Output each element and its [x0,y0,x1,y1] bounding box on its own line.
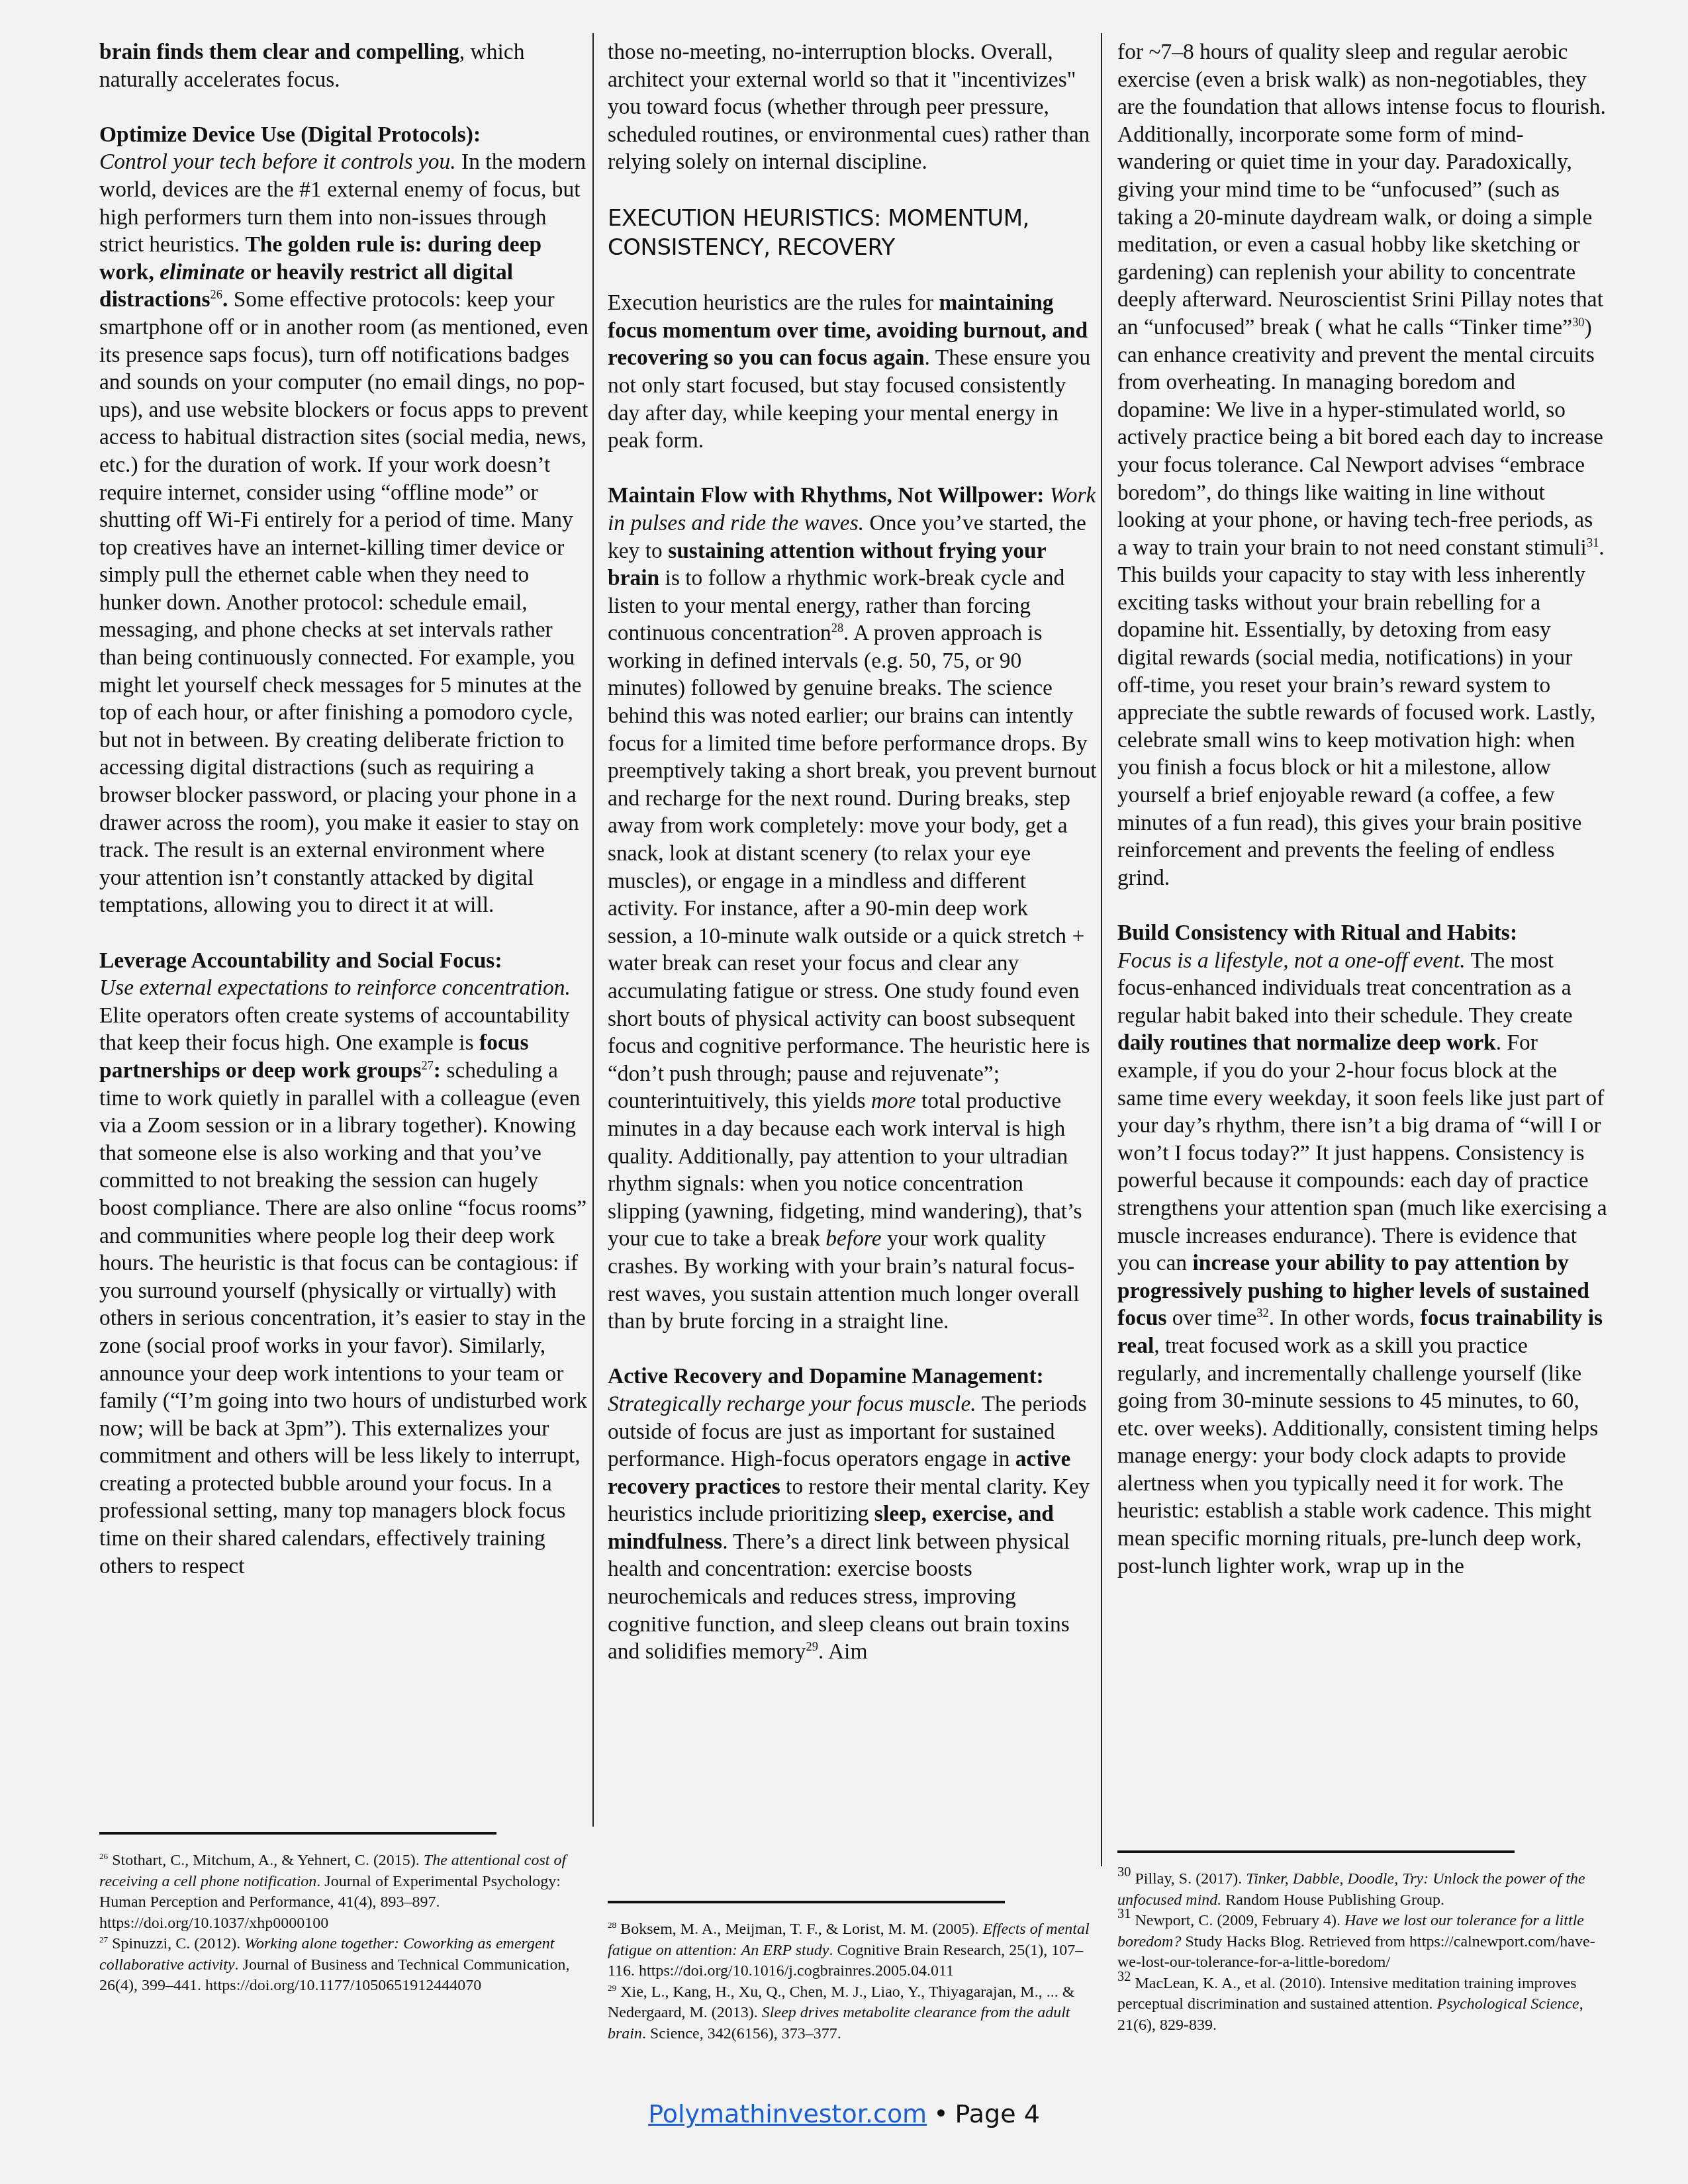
footnote-ref-27[interactable]: 27 [421,1059,433,1072]
section-lead: Active Recovery and Dopamine Management: [608,1364,1044,1388]
footer-separator: • [933,2099,948,2128]
section-lead: Leverage Accountability and Social Focus… [99,948,502,973]
body-text: over time [1166,1306,1256,1330]
bold-text: brain finds them clear and compelling [99,40,459,64]
footnote-separator [1117,1850,1515,1853]
section-tagline: Use external expectations to reinforce c… [99,976,571,1000]
footnote-number: 26 [99,1851,108,1861]
body-text: . Aim [818,1639,867,1664]
footnote-source: Random House Publishing Group. [1221,1891,1444,1909]
body-text: Execution heuristics are the rules for [608,291,939,315]
section-lead: Maintain Flow with Rhythms, Not Willpowe… [608,483,1044,508]
body-text: ) can enhance creativity and prevent the… [1117,315,1603,560]
footnote-ref-29[interactable]: 29 [806,1640,818,1653]
column-divider-2 [1101,33,1102,1866]
italic-text: more [871,1089,916,1113]
footnotes-column-3: 30 Pillay, S. (2017). Tinker, Dabble, Do… [1117,1850,1607,2036]
body-text: . For example, if you do your 2-hour foc… [1117,1030,1607,1275]
bold-text: : [434,1058,441,1083]
paragraph-continuation: brain finds them clear and compelling, w… [99,38,589,93]
footnote-number: 28 [608,1920,616,1930]
column-1: brain finds them clear and compelling, w… [99,38,589,1608]
footnote-29: 29 Xie, L., Kang, H., Xu, Q., Chen, M. J… [608,1982,1098,2045]
section-tagline: Strategically recharge your focus muscle… [608,1392,976,1416]
section-tagline: Focus is a lifestyle, not a one-off even… [1117,948,1466,973]
footnote-ref-31[interactable]: 31 [1587,536,1599,549]
section-active-recovery: Active Recovery and Dopamine Management:… [608,1363,1098,1666]
footnote-number: 27 [99,1934,108,1944]
section-tagline: Control your tech before it controls you… [99,150,456,174]
footnote-number: 31 [1117,1907,1131,1921]
footnote-authors: Stothart, C., Mitchum, A., & Yehnert, C.… [108,1852,424,1869]
footnote-number: 30 [1117,1865,1131,1880]
section-build-consistency: Build Consistency with Ritual and Habits… [1117,919,1607,1580]
section-leverage-accountability: Leverage Accountability and Social Focus… [99,947,589,1580]
footnote-number: 29 [608,1983,616,1993]
body-text: . This builds your capacity to stay with… [1117,535,1605,890]
page-number: Page 4 [955,2099,1040,2128]
footnote-source: Study Hacks Blog. Retrieved from https:/… [1117,1933,1595,1972]
column-divider-1 [592,33,594,1827]
site-link[interactable]: Polymathinvestor.com [648,2099,927,2128]
footnote-source: . Science, 342(6156), 373–377. [642,2025,841,2042]
body-text: . A proven approach is working in define… [608,621,1097,1113]
footnote-authors: Spinuzzi, C. (2012). [108,1935,244,1952]
footnote-authors: Pillay, S. (2017). [1131,1870,1246,1888]
paragraph-continuation: those no-meeting, no-interruption blocks… [608,38,1098,176]
footnote-31: 31 Newport, C. (2009, February 4). Have … [1117,1911,1607,1974]
column-3: for ~7–8 hours of quality sleep and regu… [1117,38,1607,1608]
footnote-separator [608,1901,1005,1903]
footnote-authors: Boksem, M. A., Meijman, T. F., & Lorist,… [616,1921,982,1938]
footnote-ref-26[interactable]: 26 [211,288,222,301]
footnote-28: 28 Boksem, M. A., Meijman, T. F., & Lori… [608,1919,1098,1982]
footnote-26: 26 Stothart, C., Mitchum, A., & Yehnert,… [99,1850,589,1934]
footnote-separator [99,1832,496,1835]
footnotes-column-2: 28 Boksem, M. A., Meijman, T. F., & Lori… [608,1901,1098,2044]
page-footer: Polymathinvestor.com•Page 4 [0,2099,1688,2128]
section-intro: Execution heuristics are the rules for m… [608,289,1098,455]
body-text: , treat focused work as a skill you prac… [1117,1334,1598,1578]
footnote-ref-32[interactable]: 32 [1256,1306,1268,1320]
body-text: Some effective protocols: keep your smar… [99,287,588,917]
body-text: . In other words, [1269,1306,1421,1330]
section-optimize-device-use: Optimize Device Use (Digital Protocols):… [99,121,589,919]
italic-text: before [825,1226,881,1251]
section-heading: EXECUTION HEURISTICS: MOMENTUM, CONSISTE… [608,204,1098,262]
section-lead: Build Consistency with Ritual and Habits… [1117,921,1517,945]
footnote-ref-28[interactable]: 28 [831,621,843,635]
footnote-number: 32 [1117,1969,1131,1983]
body-text: for ~7–8 hours of quality sleep and regu… [1117,40,1606,340]
body-text: scheduling a time to work quietly in par… [99,1058,587,1578]
section-lead: Optimize Device Use (Digital Protocols): [99,122,481,147]
footnote-30: 30 Pillay, S. (2017). Tinker, Dabble, Do… [1117,1869,1607,1911]
bold-text: daily routines that normalize deep work [1117,1030,1496,1055]
footnotes-column-1: 26 Stothart, C., Mitchum, A., & Yehnert,… [99,1832,589,1997]
footnote-32: 32 MacLean, K. A., et al. (2010). Intens… [1117,1974,1607,2036]
paragraph-continuation: for ~7–8 hours of quality sleep and regu… [1117,38,1607,891]
footnote-authors: Newport, C. (2009, February 4). [1131,1912,1344,1929]
footnote-title: Psychological Science [1437,1995,1579,2013]
section-maintain-flow: Maintain Flow with Rhythms, Not Willpowe… [608,482,1098,1335]
bold-italic-text: eliminate [160,260,244,285]
column-2: those no-meeting, no-interruption blocks… [608,38,1098,1693]
footnote-ref-30[interactable]: 30 [1572,316,1584,329]
footnote-27: 27 Spinuzzi, C. (2012). Working alone to… [99,1934,589,1997]
